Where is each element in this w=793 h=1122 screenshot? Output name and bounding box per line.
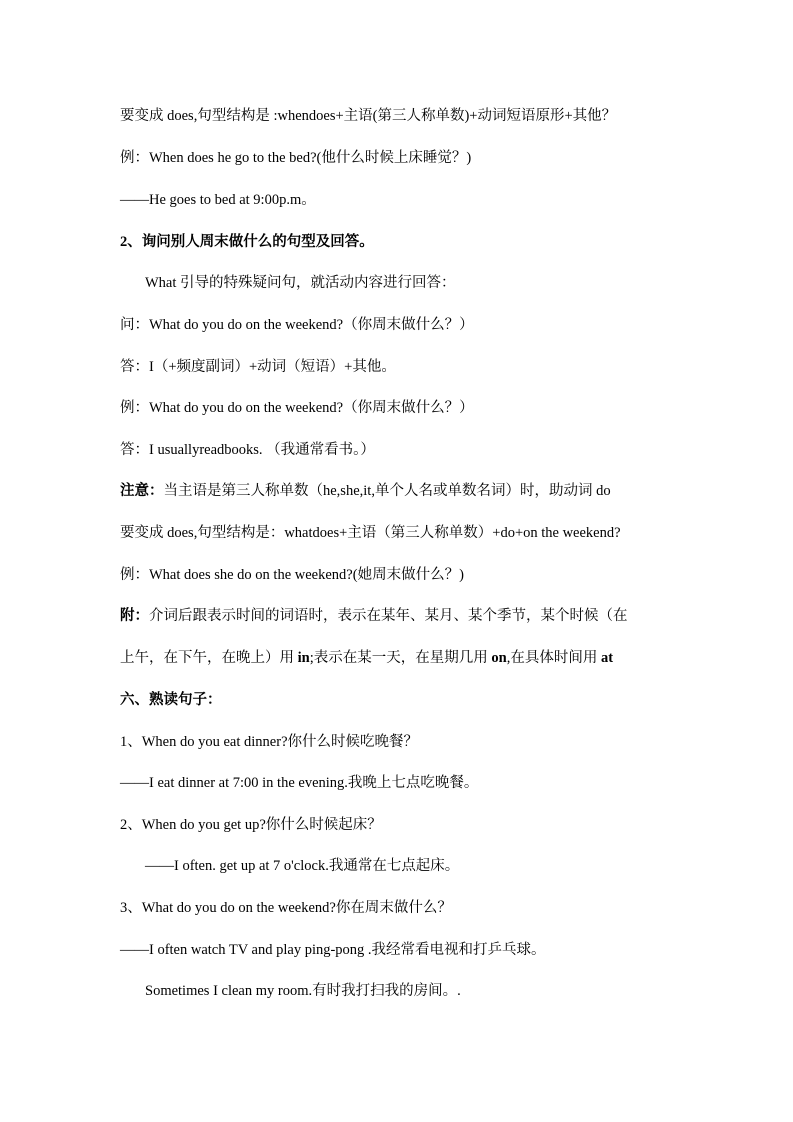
example-answer-line: 答：I usuallyreadbooks. （我通常看书。） xyxy=(120,440,375,460)
sentence-1-question: 1、When do you eat dinner?你什么时候吃晚餐？ xyxy=(120,732,418,752)
answer-pattern-line: 答：I（+频度副词）+动词（短语）+其他。 xyxy=(120,357,396,377)
sentence-2-answer: ——I often. get up at 7 o'clock.我通常在七点起床。 xyxy=(145,856,459,876)
section-2-intro: What 引导的特殊疑问句，就活动内容进行回答： xyxy=(145,273,456,293)
note-label: 注意： xyxy=(120,483,164,499)
example-question-line: 例：What do you do on the weekend?（你周末做什么？… xyxy=(120,398,474,418)
keyword-at: at xyxy=(601,650,613,666)
sentence-1-answer: ——I eat dinner at 7:00 in the evening.我晚… xyxy=(120,773,478,793)
keyword-in: in xyxy=(298,650,310,666)
text-line-example-when: 例：When does he go to the bed?(他什么时候上床睡觉？… xyxy=(120,148,471,168)
note-line-1: 注意：当主语是第三人称单数（he,she,it,单个人名或单数名词）时，助动词 … xyxy=(120,481,611,501)
question-line: 问：What do you do on the weekend?（你周末做什么？… xyxy=(120,315,474,335)
sentence-3-question: 3、What do you do on the weekend?你在周末做什么？ xyxy=(120,898,452,918)
keyword-on: on xyxy=(491,650,506,666)
appendix-label: 附： xyxy=(120,608,149,624)
note-text-1: 当主语是第三人称单数（he,she,it,单个人名或单数名词）时，助动词 do xyxy=(164,483,611,499)
sentence-3-answer-extra: Sometimes I clean my room.有时我打扫我的房间。. xyxy=(145,981,461,1001)
text-line-structure-when: 要变成 does,句型结构是 :whendoes+主语(第三人称单数)+动词短语… xyxy=(120,106,616,126)
sentence-3-answer: ——I often watch TV and play ping-pong .我… xyxy=(120,940,546,960)
appendix-text-1: 介词后跟表示时间的词语时，表示在某年、某月、某个季节，某个时候（在 xyxy=(149,608,628,624)
note-line-2: 要变成 does,句型结构是：whatdoes+主语（第三人称单数）+do+on… xyxy=(120,523,621,543)
appendix-line-2: 上午，在下午，在晚上）用 in;表示在某一天，在星期几用 on,在具体时间用 a… xyxy=(120,648,613,668)
sentence-2-question: 2、When do you get up?你什么时候起床？ xyxy=(120,815,382,835)
document-page: 要变成 does,句型结构是 :whendoes+主语(第三人称单数)+动词短语… xyxy=(0,0,793,1122)
text-line-answer-when: ——He goes to bed at 9:00p.m。 xyxy=(120,190,316,210)
note-example-line: 例：What does she do on the weekend?(她周末做什… xyxy=(120,565,464,585)
section-2-heading: 2、询问别人周末做什么的句型及回答。 xyxy=(120,232,374,252)
section-6-heading: 六、熟读句子： xyxy=(120,690,222,710)
appendix-text-2c: ,在具体时间用 xyxy=(507,650,601,666)
appendix-text-2a: 上午，在下午，在晚上）用 xyxy=(120,650,298,666)
appendix-line-1: 附：介词后跟表示时间的词语时，表示在某年、某月、某个季节，某个时候（在 xyxy=(120,606,628,626)
appendix-text-2b: ;表示在某一天，在星期几用 xyxy=(310,650,492,666)
